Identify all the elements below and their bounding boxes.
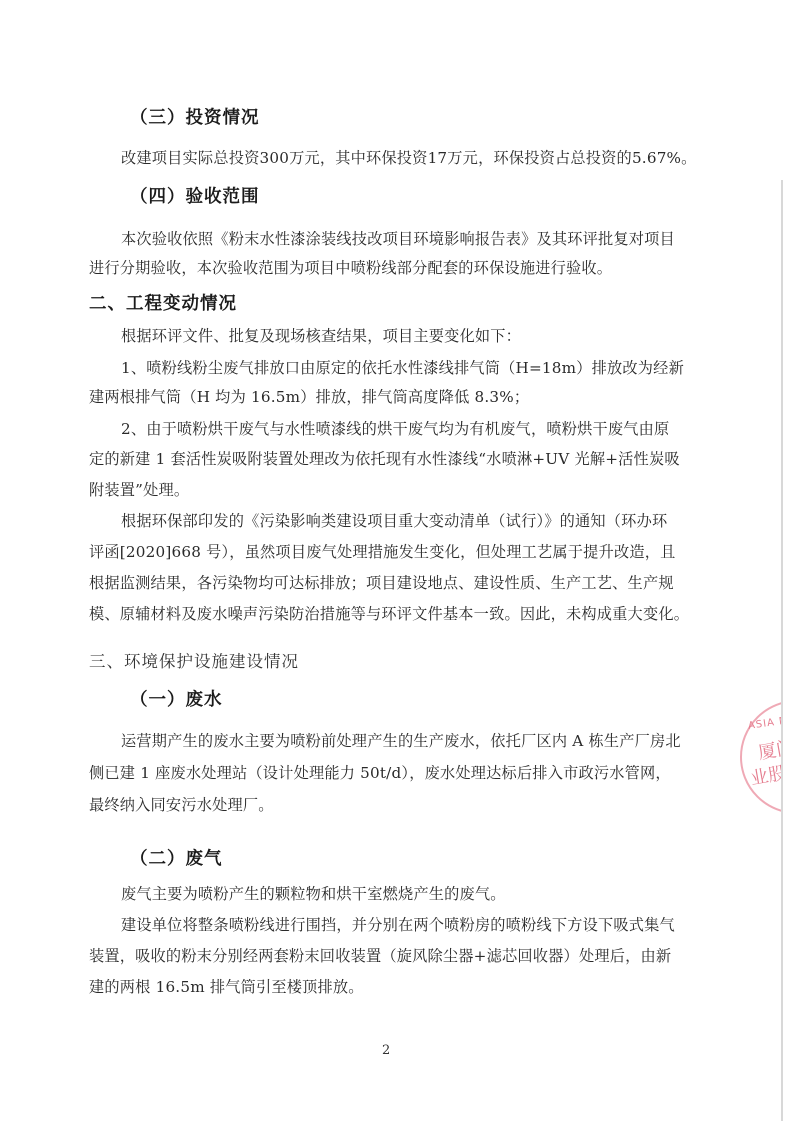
paragraph-line: 根据环保部印发的《污染影响类建设项目重大变动清单（试行）》的通知（环办环	[121, 510, 667, 531]
paragraph-line: 定的新建 1 套活性炭吸附装置处理改为依托现有水性漆线“水喷淋+UV 光解+活性…	[89, 448, 680, 469]
page-edge-mask	[782, 680, 793, 840]
paragraph-line: 装置，吸收的粉末分别经两套粉末回收装置（旋风除尘器+滤芯回收器）处理后，由新	[89, 945, 671, 966]
section-heading-changes: 二、工程变动情况	[89, 290, 237, 315]
paragraph-line: 运营期产生的废水主要为喷粉前处理产生的生产废水，依托厂区内 A 栋生产厂房北	[121, 730, 681, 751]
paragraph-line: 2、由于喷粉烘干废气与水性喷漆线的烘干废气均为有机废气，喷粉烘干废气由原	[121, 418, 669, 439]
page-number: 2	[382, 1043, 390, 1058]
paragraph-line: 建的两根 16.5m 排气筒引至楼顶排放。	[89, 976, 364, 997]
paragraph-line: 模、原辅材料及废水噪声污染防治措施等与环评文件基本一致。因此，未构成重大变化。	[89, 603, 689, 624]
paragraph-line: 改建项目实际总投资300万元，其中环保投资17万元，环保投资占总投资的5.67%…	[121, 147, 697, 168]
paragraph-line: 建设单位将整条喷粉线进行围挡，并分别在两个喷粉房的喷粉线下方设下吸式集气	[121, 914, 675, 935]
paragraph-line: 根据监测结果，各污染物均可达标排放；项目建设地点、建设性质、生产工艺、生产规	[89, 572, 674, 593]
paragraph-line: 根据环评文件、批复及现场核查结果，项目主要变化如下：	[121, 325, 521, 346]
paragraph-line: 附装置”处理。	[89, 479, 189, 500]
page-binding-edge	[781, 180, 783, 1121]
paragraph-line: 最终纳入同安污水处理厂。	[89, 794, 274, 815]
section-heading-wastewater: （一）废水	[130, 686, 223, 711]
paragraph-line: 评函[2020]668 号），虽然项目废气处理措施发生变化，但处理工艺属于提升改…	[89, 541, 676, 562]
paragraph-line: 1、喷粉线粉尘废气排放口由原定的依托水性漆线排气筒（H=18m）排放改为经新	[121, 357, 684, 378]
paragraph-line: 进行分期验收，本次验收范围为项目中喷粉线部分配套的环保设施进行验收。	[89, 257, 612, 278]
paragraph-line: 废气主要为喷粉产生的颗粒物和烘干室燃烧产生的废气。	[121, 883, 506, 904]
section-heading-investment: （三）投资情况	[130, 104, 260, 129]
section-heading-exhaust: （二）废气	[130, 845, 223, 870]
paragraph-line: 建两根排气筒（H 均为 16.5m）排放，排气筒高度降低 8.3%；	[89, 386, 529, 407]
section-heading-facilities: 三、环境保护设施建设情况	[89, 648, 299, 672]
paragraph-line: 侧已建 1 座废水处理站（设计处理能力 50t/d），废水处理达标后排入市政污水…	[89, 762, 671, 783]
paragraph-line: 本次验收依照《粉末水性漆涂装线技改项目环境影响报告表》及其环评批复对项目	[121, 228, 675, 249]
section-heading-scope: （四）验收范围	[130, 183, 260, 208]
